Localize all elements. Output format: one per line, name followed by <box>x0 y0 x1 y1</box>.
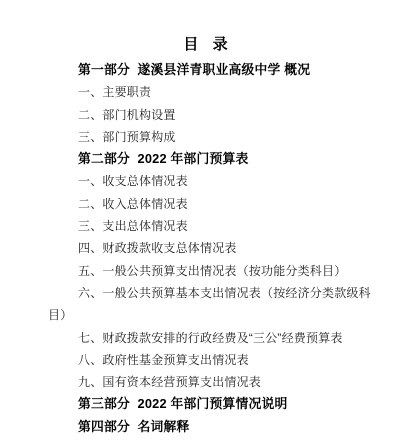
table-of-contents: 第一部分 遂溪县洋青职业高级中学 概况 一、主要职责 二、部门机构设置 三、部门… <box>0 59 416 438</box>
toc-item-revenue-overall: 二、收入总体情况表 <box>78 193 416 215</box>
toc-item-org-structure: 二、部门机构设置 <box>78 104 416 126</box>
toc-section-part1: 第一部分 遂溪县洋青职业高级中学 概况 <box>78 59 416 81</box>
page-title: 目 录 <box>0 0 416 56</box>
toc-item-government-fund: 八、政府性基金预算支出情况表 <box>78 349 416 371</box>
toc-item-state-capital: 九、国有资本经营预算支出情况表 <box>78 371 416 393</box>
toc-item-fiscal-allocation: 四、财政拨款收支总体情况表 <box>78 237 416 259</box>
toc-item-public-budget-functional: 五、一般公共预算支出情况表（按功能分类科目） <box>78 260 416 282</box>
toc-section-part2: 第二部分 2022 年部门预算表 <box>78 148 416 170</box>
toc-item-expenditure-overall: 三、支出总体情况表 <box>78 215 416 237</box>
toc-item-revenue-expenditure: 一、收支总体情况表 <box>78 170 416 192</box>
toc-item-public-budget-economic: 六、一般公共预算基本支出情况表（按经济分类款级科目） <box>48 282 380 327</box>
toc-section-part4: 第四部分 名词解释 <box>78 416 416 438</box>
document-page: 目 录 第一部分 遂溪县洋青职业高级中学 概况 一、主要职责 二、部门机构设置 … <box>0 0 416 441</box>
toc-item-main-duties: 一、主要职责 <box>78 81 416 103</box>
toc-item-admin-three-public: 七、财政拨款安排的行政经费及“三公”经费预算表 <box>78 327 416 349</box>
toc-section-part3: 第三部分 2022 年部门预算情况说明 <box>78 393 416 415</box>
toc-item-budget-composition: 三、部门预算构成 <box>78 126 416 148</box>
